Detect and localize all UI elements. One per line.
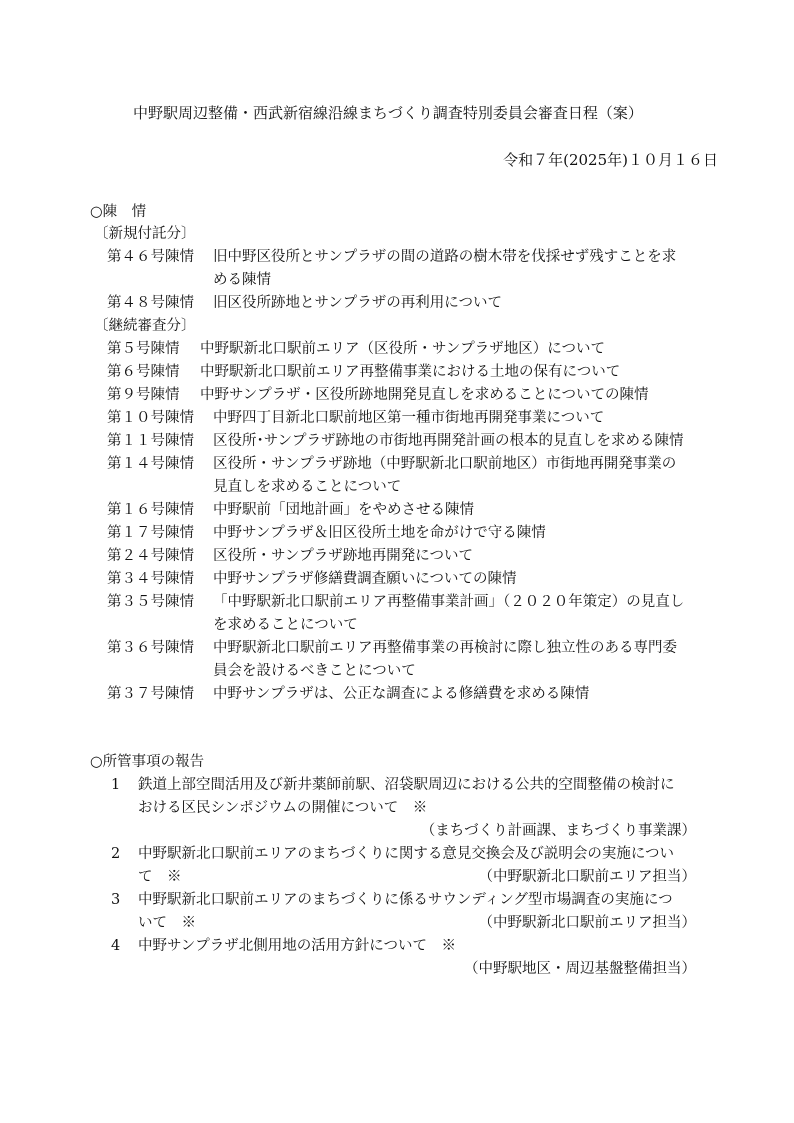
petition-text: を求めることについて [213,616,358,634]
report-number: 1 [111,776,120,794]
reports-heading: ○所管事項の報告 [90,753,204,771]
report-text: て ※ [138,868,182,886]
petition-text: 中野サンプラザは、公正な調査による修繕費を求める陳情 [213,685,589,703]
petition-number: 第６号陳情 [107,363,180,381]
petition-text: 区役所・サンプラザ跡地（中野駅新北口駅前地区）市街地再開発事業の [213,455,676,473]
petition-number: 第４８号陳情 [107,294,194,312]
petition-number: 第１１号陳情 [107,432,194,450]
petition-text: 中野駅新北口駅前エリア再整備事業における土地の保有について [200,363,620,381]
report-department: （中野駅地区・周辺基盤整備担当） [464,960,696,978]
report-text: 中野駅新北口駅前エリアのまちづくりに関する意見交換会及び説明会の実施につい [138,845,674,863]
petition-number: 第４６号陳情 [107,248,194,266]
petitions-heading: ○陳 情 [90,203,146,221]
report-department: （中野駅新北口駅前エリア担当） [479,868,697,886]
petition-number: 第１６号陳情 [107,501,194,519]
petition-text: める陳情 [213,271,271,289]
petition-text: 区役所・サンプラザ跡地再開発について [213,547,473,565]
report-text: 中野駅新北口駅前エリアのまちづくりに係るサウンディング型市場調査の実施につ [138,891,673,909]
petition-text: 中野サンプラザ＆旧区役所土地を命がけで守る陳情 [213,524,546,542]
petition-text: 旧中野区役所とサンプラザの間の道路の樹木帯を伐採せず残すことを求 [213,248,676,266]
petition-number: 第１７号陳情 [107,524,194,542]
petition-number: 第３４号陳情 [107,570,194,588]
report-department: （まちづくり計画課、まちづくり事業課） [421,822,696,840]
petition-text: 中野駅前「団地計画」をやめさせる陳情 [213,501,474,519]
report-number: 3 [111,891,120,909]
continuing-petitions-label: 〔継続審査分〕 [94,317,196,335]
petition-number: 第３５号陳情 [107,593,194,611]
report-number: 4 [111,937,120,955]
petition-number: 第２４号陳情 [107,547,194,565]
report-number: 2 [111,845,120,863]
petition-text: 中野四丁目新北口駅前地区第一種市街地再開発事業について [213,409,604,427]
report-text: 鉄道上部空間活用及び新井薬師前駅、沼袋駅周辺における公共的空間整備の検討に [138,776,675,794]
petition-number: 第１４号陳情 [107,455,194,473]
petition-text: 見直しを求めることについて [213,478,401,496]
report-text: おける区民シンポジウムの開催について ※ [138,799,427,817]
petition-text: 旧区役所跡地とサンプラザの再利用について [213,294,502,312]
report-department: （中野駅新北口駅前エリア担当） [479,914,697,932]
report-text: 中野サンプラザ北側用地の活用方針について ※ [138,937,456,955]
petition-text: 中野サンプラザ・区役所跡地開発見直しを求めることについての陳情 [200,386,648,404]
petition-number: 第５号陳情 [107,340,180,358]
petition-number: 第１０号陳情 [107,409,194,427]
report-text: いて ※ [138,914,196,932]
petition-text: 中野サンプラザ修繕費調査願いについての陳情 [213,570,516,588]
petition-text: 中野駅新北口駅前エリア（区役所・サンプラザ地区）について [200,340,605,358]
petition-number: 第３６号陳情 [107,639,194,657]
document-title: 中野駅周辺整備・西武新宿線沿線まちづくり調査特別委員会審査日程（案） [133,104,643,122]
document-date: 令和７年(2025年)１０月１６日 [503,151,718,169]
petition-number: 第９号陳情 [107,386,180,404]
petition-text: 「中野駅新北口駅前エリア再整備事業計画」（２０２０年策定）の見直し [213,593,684,611]
petition-text: 員会を設けるべきことについて [213,662,416,680]
petition-text: 中野駅新北口駅前エリア再整備事業の再検討に際し独立性のある専門委 [213,639,677,657]
petition-number: 第３７号陳情 [107,685,194,703]
petition-text: 区役所･サンプラザ跡地の市街地再開発計画の根本的見直しを求める陳情 [213,432,684,450]
new-petitions-label: 〔新規付託分〕 [94,225,196,243]
